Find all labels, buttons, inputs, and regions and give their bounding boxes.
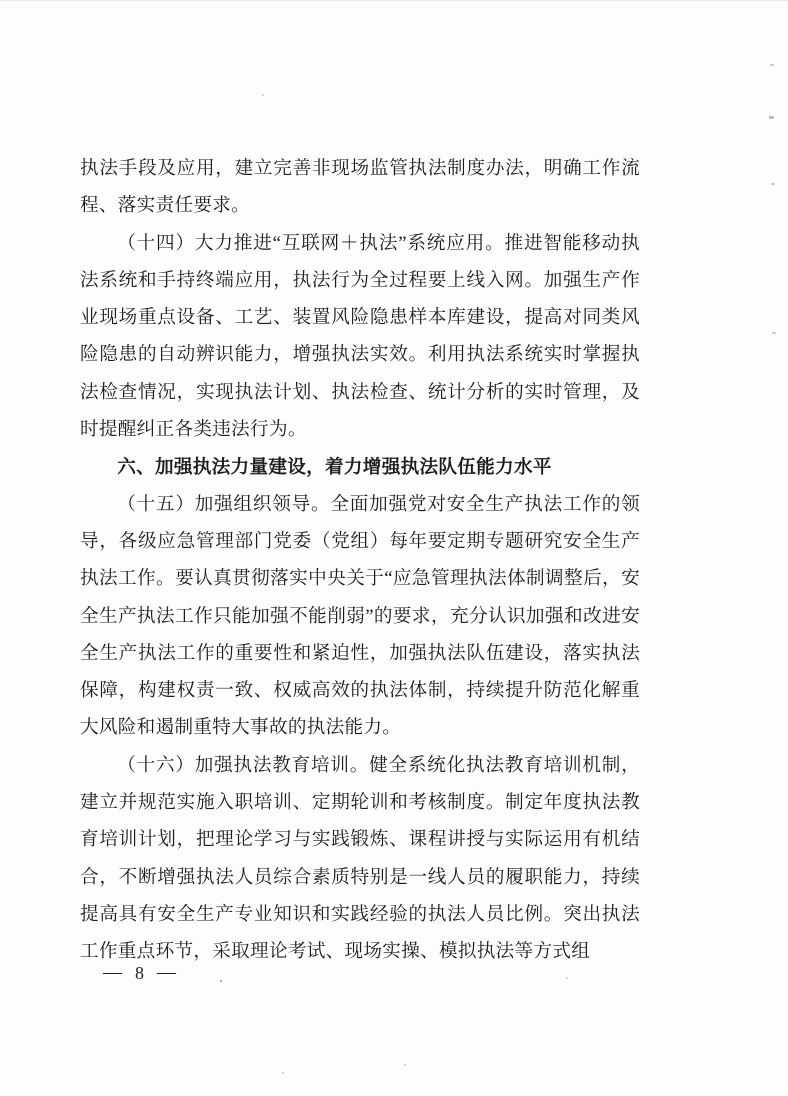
- paragraph: （十四）大力推进“互联网＋执法”系统应用。推进智能移动执法系统和手持终端应用，执…: [80, 225, 640, 449]
- footer-dash-left: —: [103, 960, 122, 986]
- scan-speck: [566, 977, 568, 979]
- section-heading: 六、加强执法力量建设，着力增强执法队伍能力水平: [80, 448, 640, 485]
- paragraph: 执法手段及应用，建立完善非现场监管执法制度办法，明确工作流程、落实责任要求。: [80, 150, 640, 225]
- paragraph: （十五）加强组织领导。全面加强党对安全生产执法工作的领导，各级应急管理部门党委（…: [80, 486, 640, 747]
- scan-speck: [772, 332, 776, 334]
- scanned-document-page: 执法手段及应用，建立完善非现场监管执法制度办法，明确工作流程、落实责任要求。（十…: [0, 0, 788, 1096]
- page-footer: — 8 —: [103, 960, 176, 986]
- document-body: 执法手段及应用，建立完善非现场监管执法制度办法，明确工作流程、落实责任要求。（十…: [80, 150, 640, 971]
- scan-speck: [404, 1064, 406, 1066]
- page-number: 8: [135, 960, 144, 986]
- scan-speck: [282, 1072, 284, 1074]
- scan-speck: [770, 64, 774, 66]
- paragraph: （十六）加强执法教育培训。健全系统化执法教育培训机制，建立并规范实施入职培训、定…: [80, 747, 640, 971]
- scan-speck: [771, 183, 775, 185]
- footer-dash-right: —: [157, 960, 176, 986]
- scan-speck: [262, 94, 264, 96]
- scan-speck: [769, 116, 774, 119]
- scan-speck: [220, 980, 222, 982]
